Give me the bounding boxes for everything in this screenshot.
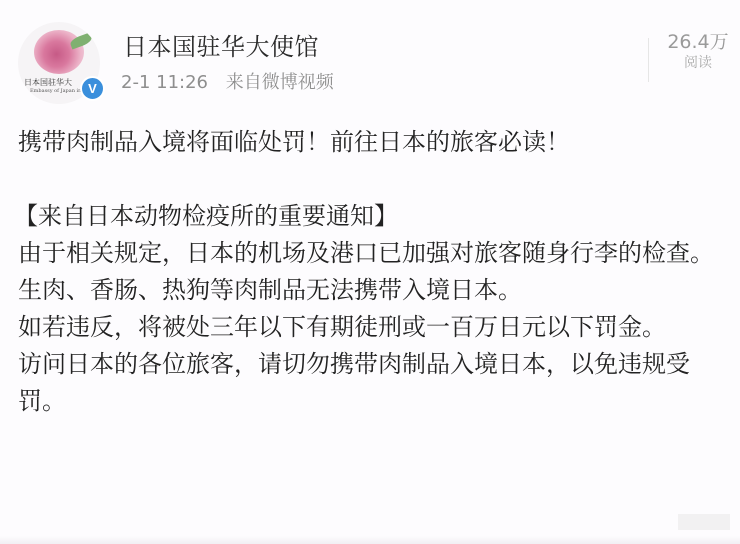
read-count: 26.4万 阅读 <box>662 30 734 72</box>
read-count-label: 阅读 <box>662 54 734 72</box>
author-name[interactable]: 日本国驻华大使馆 <box>123 27 319 62</box>
cutoff-edge <box>0 536 740 544</box>
post-header: 日本国驻华大 Embassy of Japan in V 日本国驻华大使馆 2-… <box>0 0 740 110</box>
watermark <box>678 514 730 530</box>
avatar-caption-en: Embassy of Japan in <box>30 88 81 94</box>
post-headline: 携带肉制品入境将面临处罚！前往日本的旅客必读！ <box>18 124 730 161</box>
notice-title: 【来自日本动物检疫所的重要通知】 <box>14 198 730 235</box>
post-timestamp: 2-1 11:26 <box>121 72 208 93</box>
post-meta: 2-1 11:26 来自微博视频 <box>121 68 334 94</box>
divider <box>648 38 649 82</box>
paragraph-regulation: 由于相关规定，日本的机场及港口已加强对旅客随身行李的检查。生肉、香肠、热狗等肉制… <box>18 235 730 309</box>
post-content: 携带肉制品入境将面临处罚！前往日本的旅客必读！ 【来自日本动物检疫所的重要通知】… <box>18 124 730 420</box>
paragraph-advice: 访问日本的各位旅客，请切勿携带肉制品入境日本，以免违规受罚。 <box>18 346 730 420</box>
paragraph-penalty: 如若违反，将被处三年以下有期徒刑或一百万日元以下罚金。 <box>18 309 730 346</box>
weibo-post: 日本国驻华大 Embassy of Japan in V 日本国驻华大使馆 2-… <box>0 0 740 544</box>
spacer <box>18 161 730 198</box>
verified-badge-icon: V <box>80 76 105 101</box>
post-source[interactable]: 来自微博视频 <box>226 72 334 93</box>
read-count-value: 26.4万 <box>662 30 734 54</box>
